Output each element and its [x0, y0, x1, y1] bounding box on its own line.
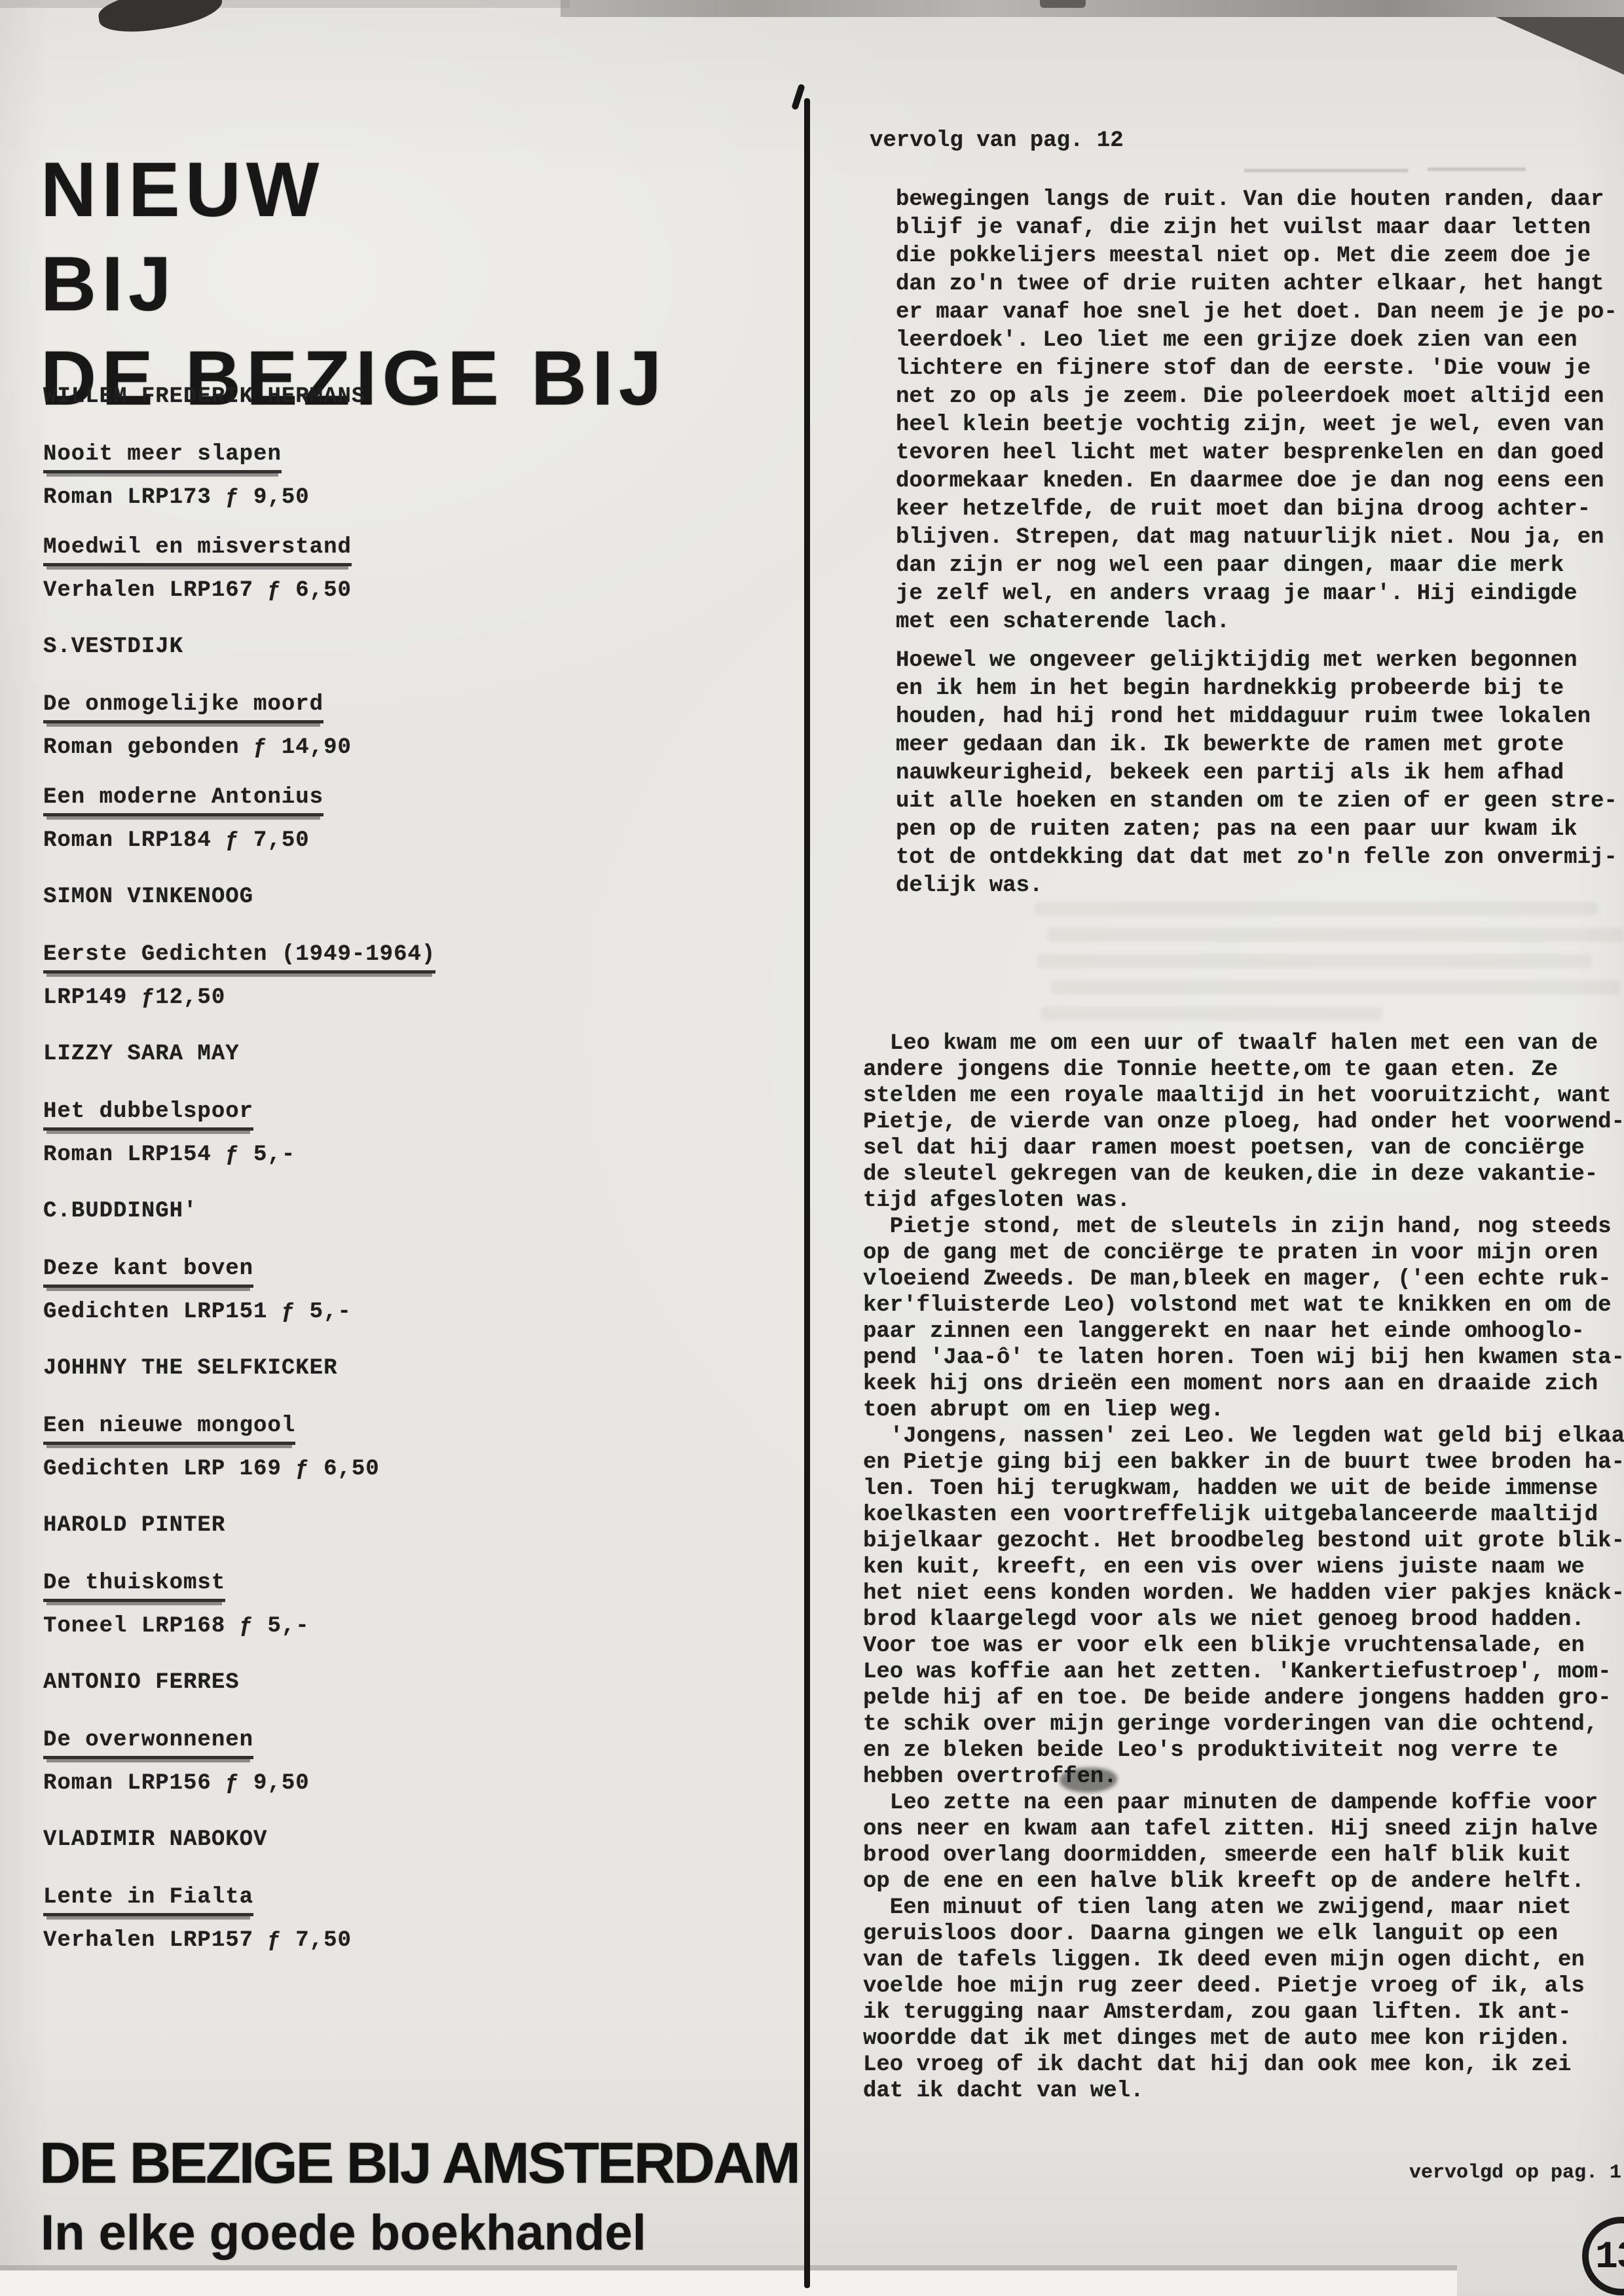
book-info: Gedichten LRP 169 ƒ 6,50: [43, 1455, 796, 1483]
book-info: Roman LRP156 ƒ 9,50: [43, 1770, 796, 1797]
book-info: Verhalen LRP157 ƒ 7,50: [43, 1927, 796, 1954]
book-title: Een moderne Antonius: [43, 784, 323, 816]
book-info: Roman LRP184 ƒ 7,50: [43, 827, 796, 854]
continued-on-note: vervolgd op pag. 1: [1409, 2162, 1621, 2184]
article-paragraph: 'Jongens, nassen' zei Leo. We legden wat…: [863, 1423, 1624, 1790]
book-title: Eerste Gedichten (1949-1964): [43, 941, 435, 974]
ad-entry: VLADIMIR NABOKOVLente in FialtaVerhalen …: [43, 1826, 796, 1954]
ghost-bleedthrough-line: [1048, 928, 1624, 941]
ad-author: ANTONIO FERRES: [43, 1669, 796, 1696]
book-info: LRP149 ƒ12,50: [43, 984, 796, 1011]
book-title: Deze kant boven: [43, 1255, 253, 1288]
scan-edge-artifact-bottom: [0, 2270, 1457, 2296]
scan-edge-artifact-top: [561, 0, 1624, 17]
book-info: Toneel LRP168 ƒ 5,-: [43, 1613, 796, 1640]
book-title: Nooit meer slapen: [43, 441, 282, 473]
ad-footer-publisher: DE BEZIGE BIJ AMSTERDAM: [39, 2130, 799, 2196]
ad-entry: C.BUDDINGH'Deze kant bovenGedichten LRP1…: [43, 1197, 796, 1326]
book-title-row: Een nieuwe mongool: [43, 1412, 796, 1445]
book-title-row: Een moderne Antonius: [43, 784, 796, 816]
book-title: Moedwil en misverstand: [43, 534, 352, 566]
ghost-bleedthrough-dash: [1428, 168, 1526, 171]
ad-heading-line-1: NIEUW: [41, 143, 667, 237]
article-paragraph: Leo zette na een paar minuten de dampend…: [863, 1790, 1598, 2104]
ad-author: JOHHNY THE SELFKICKER: [43, 1355, 796, 1382]
ad-entry: JOHHNY THE SELFKICKEREen nieuwe mongoolG…: [43, 1355, 796, 1483]
ad-author: LIZZY SARA MAY: [43, 1040, 796, 1068]
column-divider-rule: [804, 98, 810, 2288]
ad-entry: WILLEM FREDERIK HERMANSNooit meer slapen…: [43, 383, 796, 604]
book-title-row: De overwonnenen: [43, 1726, 796, 1759]
page-number: 13: [1595, 2236, 1624, 2279]
book-info: Roman LRP173 ƒ 9,50: [43, 484, 796, 511]
book-title-row: Lente in Fialta: [43, 1884, 796, 1916]
ghost-bleedthrough-line: [1038, 955, 1591, 968]
ghost-bleedthrough-line: [1035, 902, 1598, 915]
column-divider-hook: [791, 83, 805, 110]
ad-author: VLADIMIR NABOKOV: [43, 1826, 796, 1853]
page-number-badge: 13: [1582, 2217, 1624, 2295]
scanned-magazine-page: NIEUW BIJ DE BEZIGE BIJ WILLEM FREDERIK …: [0, 0, 1624, 2296]
ad-author: SIMON VINKENOOG: [43, 883, 796, 911]
book-title: De onmogelijke moord: [43, 691, 323, 723]
ghost-bleedthrough-dash: [1244, 169, 1408, 172]
scan-blob-top-left: [96, 0, 225, 37]
article-paragraph: bewegingen langs de ruit. Van die houten…: [896, 186, 1617, 636]
book-title: De thuiskomst: [43, 1569, 225, 1602]
book-title: Het dubbelspoor: [43, 1098, 253, 1131]
continued-from-note: vervolg van pag. 12: [870, 128, 1124, 153]
book-info: Verhalen LRP167 ƒ 6,50: [43, 577, 796, 604]
ad-author: S.VESTDIJK: [43, 633, 796, 661]
ad-entry: S.VESTDIJKDe onmogelijke moordRoman gebo…: [43, 633, 796, 854]
ad-entry: ANTONIO FERRESDe overwonnenenRoman LRP15…: [43, 1669, 796, 1797]
book-title-row: Eerste Gedichten (1949-1964): [43, 941, 796, 974]
ad-author: WILLEM FREDERIK HERMANS: [43, 383, 796, 410]
ad-entry: HAROLD PINTERDe thuiskomstToneel LRP168 …: [43, 1512, 796, 1640]
ad-entry: SIMON VINKENOOGEerste Gedichten (1949-19…: [43, 883, 796, 1011]
book-info: Gedichten LRP151 ƒ 5,-: [43, 1298, 796, 1326]
ad-footer-slogan: In elke goede boekhandel: [41, 2204, 646, 2261]
ad-author: HAROLD PINTER: [43, 1512, 796, 1539]
book-title-row: Deze kant boven: [43, 1255, 796, 1288]
scan-mark-top-center: [1040, 0, 1086, 8]
book-title-row: De onmogelijke moord: [43, 691, 796, 723]
scan-edge-line-bottom: [0, 2265, 1457, 2270]
article-paragraph: Hoewel we ongeveer gelijktijdig met werk…: [896, 647, 1617, 900]
book-title: Lente in Fialta: [43, 1884, 253, 1916]
book-title: De overwonnenen: [43, 1726, 253, 1759]
ghost-bleedthrough-line: [1041, 1007, 1382, 1020]
book-title-row: Moedwil en misverstand: [43, 534, 796, 566]
book-title: Een nieuwe mongool: [43, 1412, 295, 1445]
ad-heading-line-2: BIJ: [41, 237, 667, 331]
ad-author: C.BUDDINGH': [43, 1197, 796, 1225]
article-paragraph: Pietje stond, met de sleutels in zijn ha…: [863, 1214, 1624, 1423]
book-title-row: Nooit meer slapen: [43, 441, 796, 473]
book-info: Roman gebonden ƒ 14,90: [43, 734, 796, 761]
ad-entries: WILLEM FREDERIK HERMANSNooit meer slapen…: [43, 383, 796, 1983]
scan-edge-artifact-top-left: [0, 0, 570, 8]
book-title-row: Het dubbelspoor: [43, 1098, 796, 1131]
book-title-row: De thuiskomst: [43, 1569, 796, 1602]
scan-shadow-top-right-corner: [1496, 17, 1624, 75]
ad-entry: LIZZY SARA MAYHet dubbelspoorRoman LRP15…: [43, 1040, 796, 1169]
article-paragraph: Leo kwam me om een uur of twaalf halen m…: [863, 1030, 1624, 1214]
book-info: Roman LRP154 ƒ 5,-: [43, 1141, 796, 1169]
ghost-bleedthrough-line: [1051, 981, 1621, 994]
